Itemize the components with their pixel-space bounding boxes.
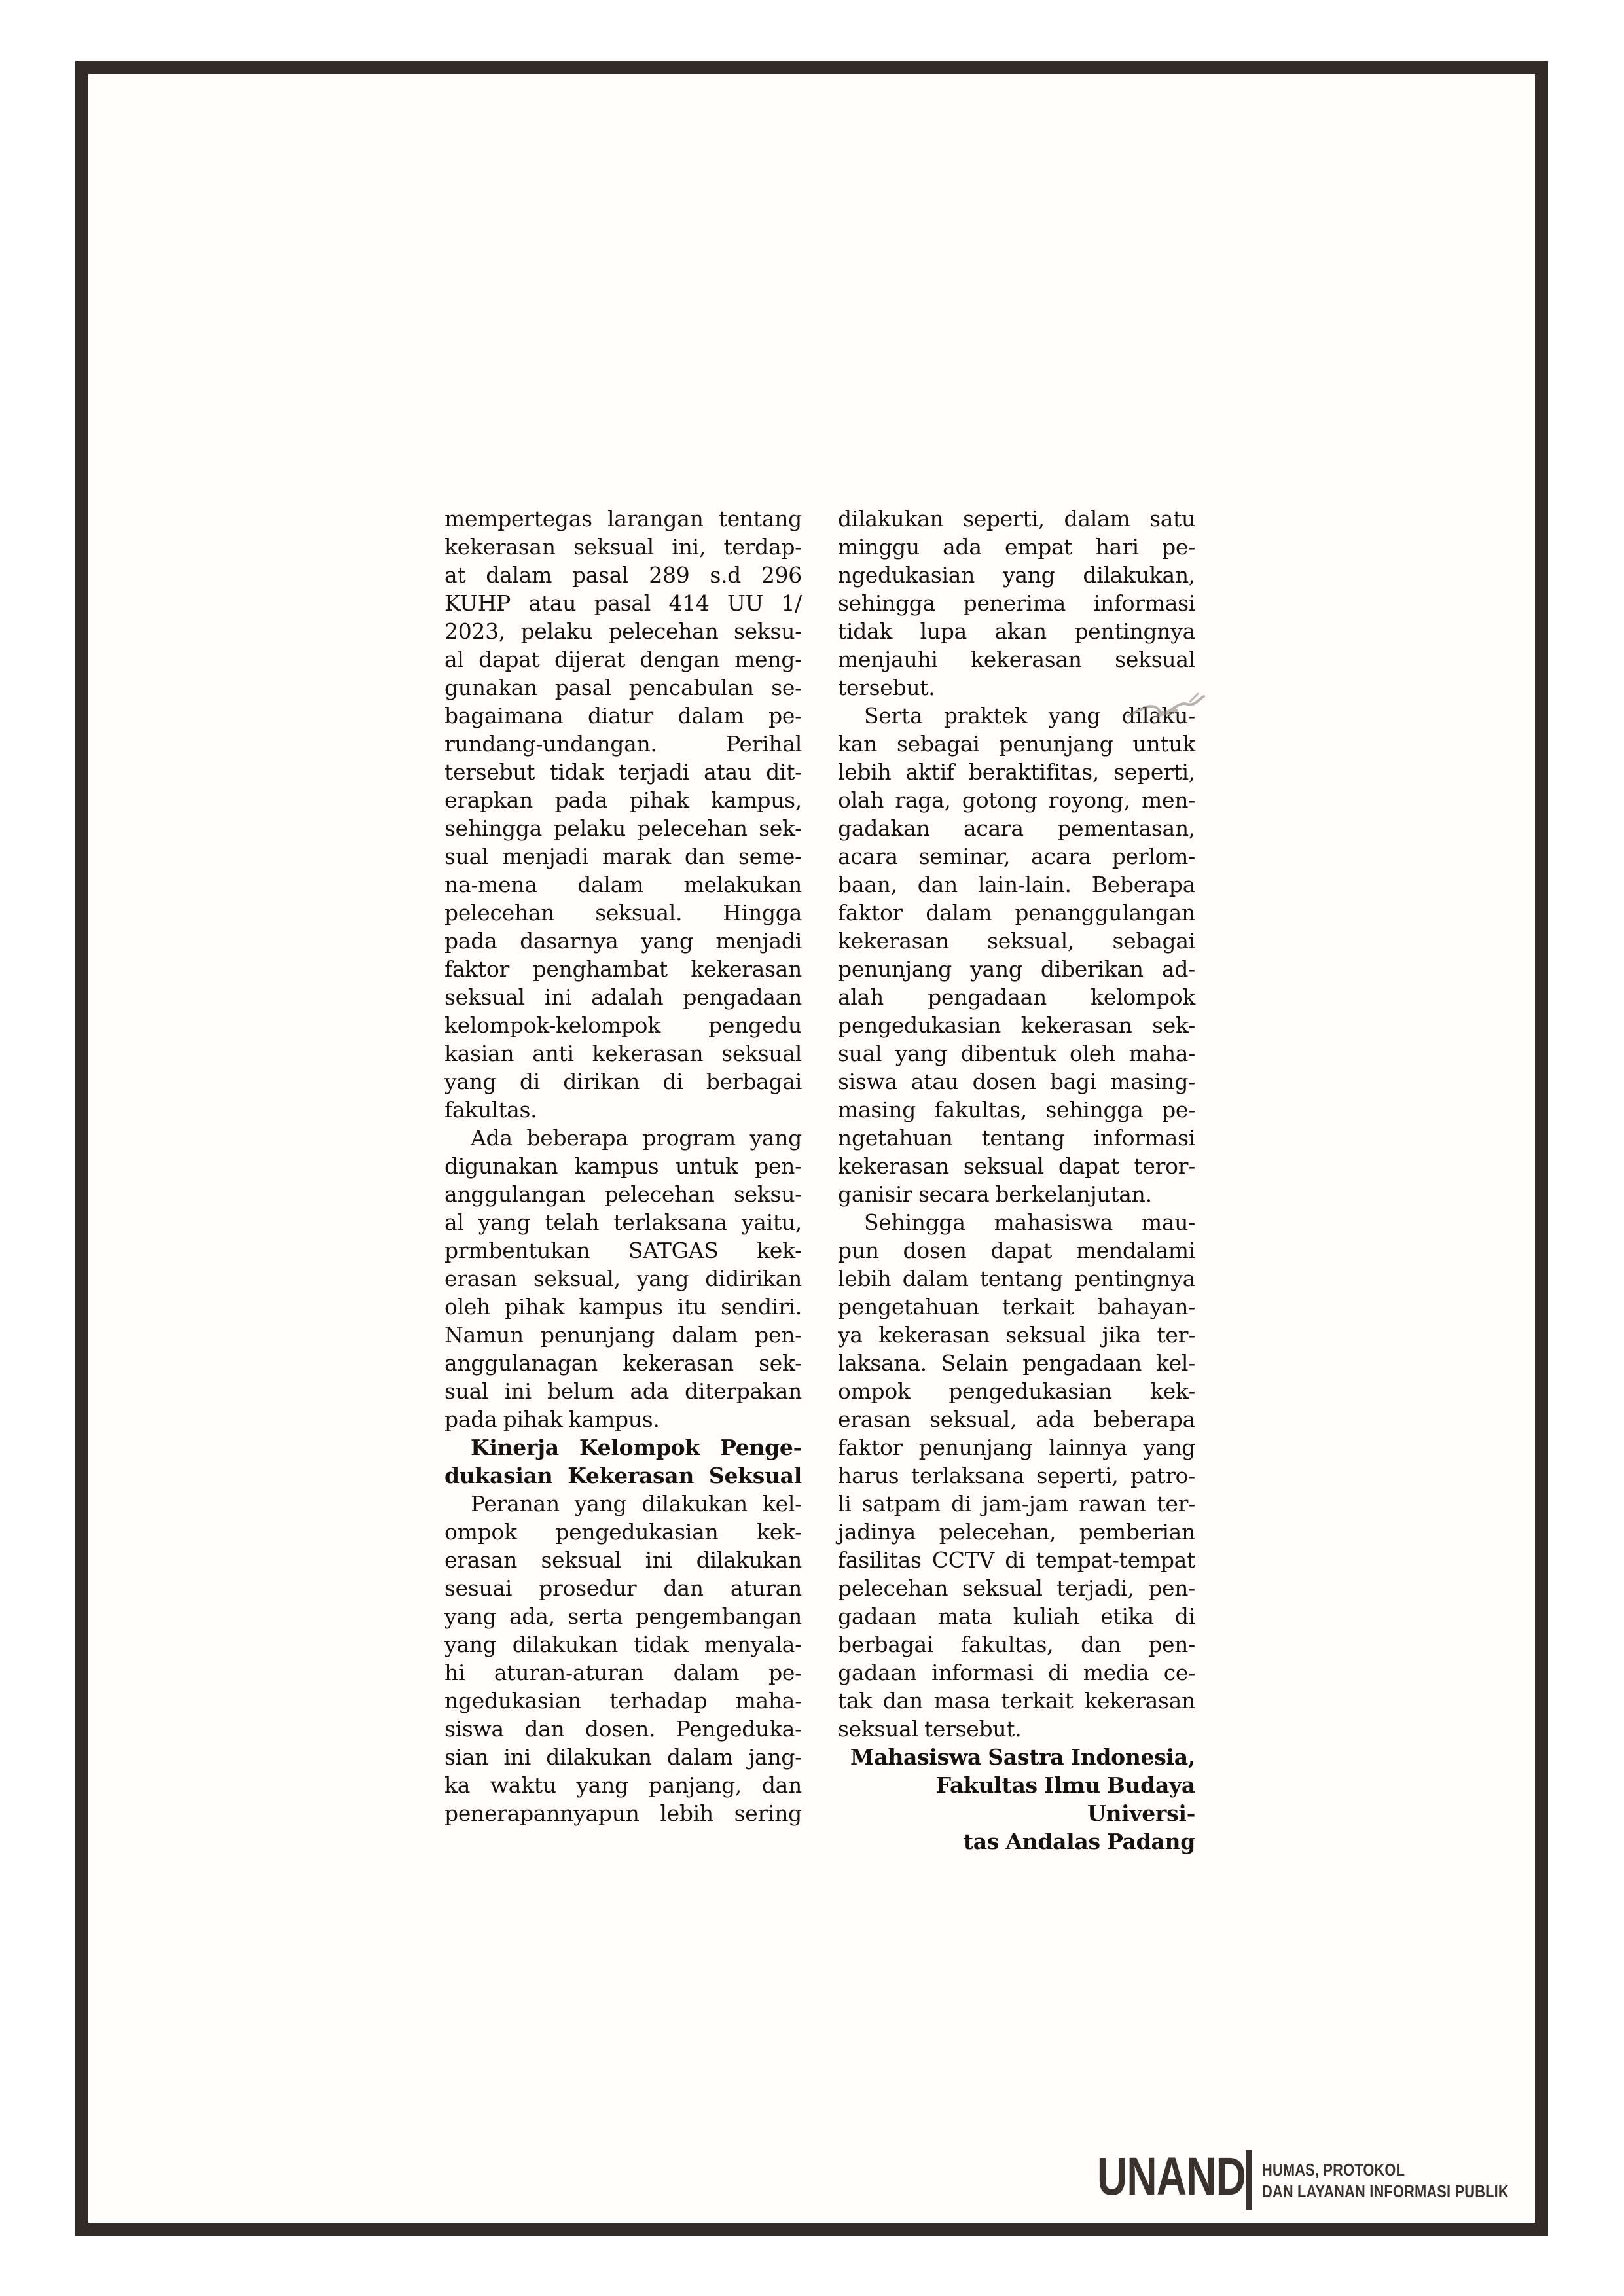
text-line: sual menjadi marak dan seme- <box>444 842 802 870</box>
text-line: ya kekerasan seksual jika ter- <box>838 1321 1195 1349</box>
byline-line: tas Andalas Padang <box>838 1827 1195 1856</box>
text-line: kekerasan seksual ini, terdap- <box>444 533 802 561</box>
text-line: acara seminar, acara perlom- <box>838 842 1195 870</box>
text-line: sual yang dibentuk oleh maha- <box>838 1039 1195 1067</box>
text-line: at dalam pasal 289 s.d 296 <box>444 561 802 589</box>
text-line: ngetahuan tentang informasi <box>838 1124 1195 1152</box>
text-line: hi aturan-aturan dalam pe- <box>444 1659 802 1687</box>
text-line: yang ada, serta pengembangan <box>444 1602 802 1630</box>
text-line: pengetahuan terkait bahayan- <box>838 1293 1195 1321</box>
text-line: tersebut tidak terjadi atau dit- <box>444 758 802 786</box>
text-line: digunakan kampus untuk pen- <box>444 1152 802 1180</box>
text-line: tidak lupa akan pentingnya <box>838 617 1195 645</box>
text-line: erapkan pada pihak kampus, <box>444 786 802 814</box>
text-line: lebih aktif beraktifitas, seperti, <box>838 758 1195 786</box>
text-line: pelecehan seksual terjadi, pen- <box>838 1574 1195 1602</box>
byline-line: Fakultas Ilmu Budaya Universi- <box>838 1771 1195 1827</box>
text-line: faktor penunjang lainnya yang <box>838 1433 1195 1462</box>
text-line: lebih dalam tentang pentingnya <box>838 1265 1195 1293</box>
text-line: ngedukasian yang dilakukan, <box>838 561 1195 589</box>
text-line: baan, dan lain-lain. Beberapa <box>838 870 1195 899</box>
text-line: ompok pengedukasian kek- <box>444 1518 802 1546</box>
text-line: 2023, pelaku pelecehan seksu- <box>444 617 802 645</box>
ink-smudge-mark <box>1125 685 1206 725</box>
text-line: gadakan acara pementasan, <box>838 814 1195 842</box>
text-line: anggulanagan kekerasan sek- <box>444 1349 802 1377</box>
text-line: kekerasan seksual dapat teror- <box>838 1152 1195 1180</box>
text-line: Peranan yang dilakukan kel- <box>444 1490 802 1518</box>
text-line: sesuai prosedur dan aturan <box>444 1574 802 1602</box>
text-line: laksana. Selain pengadaan kel- <box>838 1349 1195 1377</box>
text-line: gadaan mata kuliah etika di <box>838 1602 1195 1630</box>
text-line: al dapat dijerat dengan meng- <box>444 645 802 673</box>
byline-line: Mahasiswa Sastra Indonesia, <box>838 1743 1195 1771</box>
text-line: fakultas. <box>444 1096 802 1124</box>
text-line: masing fakultas, sehingga pe- <box>838 1096 1195 1124</box>
text-line: olah raga, gotong royong, men- <box>838 786 1195 814</box>
text-line: yang di dirikan di berbagai <box>444 1067 802 1096</box>
text-line: bagaimana diatur dalam pe- <box>444 702 802 730</box>
text-line: faktor dalam penanggulangan <box>838 899 1195 927</box>
text-line: minggu ada empat hari pe- <box>838 533 1195 561</box>
text-line: berbagai fakultas, dan pen- <box>838 1630 1195 1659</box>
text-line: ganisir secara berkelanjutan. <box>838 1180 1195 1208</box>
logo-division-line1: HUMAS, PROTOKOL <box>1262 2159 1509 2181</box>
text-line: kasian anti kekerasan seksual <box>444 1039 802 1067</box>
text-line: Namun penunjang dalam pen- <box>444 1321 802 1349</box>
text-line: ompok pengedukasian kek- <box>838 1377 1195 1405</box>
text-line: harus terlaksana seperti, patro- <box>838 1462 1195 1490</box>
text-line: jadinya pelecehan, pemberian <box>838 1518 1195 1546</box>
text-line: pun dosen dapat mendalami <box>838 1236 1195 1265</box>
scanned-newspaper-page: { "page": { "frame_color": "#322b27", "p… <box>0 0 1624 2296</box>
text-line: dilakukan seperti, dalam satu <box>838 505 1195 533</box>
text-line: fasilitas CCTV di tempat-tempat <box>838 1546 1195 1574</box>
text-line: kekerasan seksual, sebagai <box>838 927 1195 955</box>
text-line: erasan seksual, ada beberapa <box>838 1405 1195 1433</box>
text-line: kan sebagai penunjang untuk <box>838 730 1195 758</box>
text-line: Sehingga mahasiswa mau- <box>838 1208 1195 1236</box>
logo-division-line2: DAN LAYANAN INFORMASI PUBLIK <box>1262 2181 1509 2202</box>
text-line: prmbentukan SATGAS kek- <box>444 1236 802 1265</box>
text-line: menjauhi kekerasan seksual <box>838 645 1195 673</box>
text-line: erasan seksual, yang didirikan <box>444 1265 802 1293</box>
text-line: penerapannyapun lebih sering <box>444 1799 802 1827</box>
text-line: na-mena dalam melakukan <box>444 870 802 899</box>
text-line: siswa atau dosen bagi masing- <box>838 1067 1195 1096</box>
text-line: gunakan pasal pencabulan se- <box>444 673 802 702</box>
text-line: tak dan masa terkait kekerasan <box>838 1687 1195 1715</box>
logo-division-text: HUMAS, PROTOKOL DAN LAYANAN INFORMASI PU… <box>1262 2159 1509 2202</box>
text-line: Ada beberapa program yang <box>444 1124 802 1152</box>
text-line: gadaan informasi di media ce- <box>838 1659 1195 1687</box>
page-border-frame <box>75 61 1548 2236</box>
logo-divider-bar <box>1246 2150 1252 2210</box>
text-line: pelecehan seksual. Hingga <box>444 899 802 927</box>
text-line: mempertegas larangan tentang <box>444 505 802 533</box>
text-line: sehingga pelaku pelecehan sek- <box>444 814 802 842</box>
text-line: sehingga penerima informasi <box>838 589 1195 617</box>
text-line: siswa dan dosen. Pengeduka- <box>444 1715 802 1743</box>
text-line: anggulangan pelecehan seksu- <box>444 1180 802 1208</box>
text-line: ka waktu yang panjang, dan <box>444 1771 802 1799</box>
text-line: seksual tersebut. <box>838 1715 1195 1743</box>
text-line: pada pihak kampus. <box>444 1405 802 1433</box>
text-line: oleh pihak kampus itu sendiri. <box>444 1293 802 1321</box>
text-line: penunjang yang diberikan ad- <box>838 955 1195 983</box>
text-line: pada dasarnya yang menjadi <box>444 927 802 955</box>
text-line: erasan seksual ini dilakukan <box>444 1546 802 1574</box>
text-line: KUHP atau pasal 414 UU 1/ <box>444 589 802 617</box>
text-line: al yang telah terlaksana yaitu, <box>444 1208 802 1236</box>
text-line: seksual ini adalah pengadaan <box>444 983 802 1011</box>
text-line: pengedukasian kekerasan sek- <box>838 1011 1195 1039</box>
text-line: rundang-undangan. Perihal <box>444 730 802 758</box>
unand-wordmark: UNAND <box>1097 2150 1246 2204</box>
text-line: kelompok-kelompok pengedu <box>444 1011 802 1039</box>
text-line: ngedukasian terhadap maha- <box>444 1687 802 1715</box>
text-line: li satpam di jam-jam rawan ter- <box>838 1490 1195 1518</box>
text-line: sian ini dilakukan dalam jang- <box>444 1743 802 1771</box>
text-line: sual ini belum ada diterpakan <box>444 1377 802 1405</box>
section-heading-line: dukasian Kekerasan Seksual <box>444 1462 802 1490</box>
section-heading-line: Kinerja Kelompok Penge- <box>444 1433 802 1462</box>
text-line: faktor penghambat kekerasan <box>444 955 802 983</box>
text-line: alah pengadaan kelompok <box>838 983 1195 1011</box>
article-column-left: mempertegas larangan tentangkekerasan se… <box>444 505 802 1827</box>
text-line: yang dilakukan tidak menyala- <box>444 1630 802 1659</box>
